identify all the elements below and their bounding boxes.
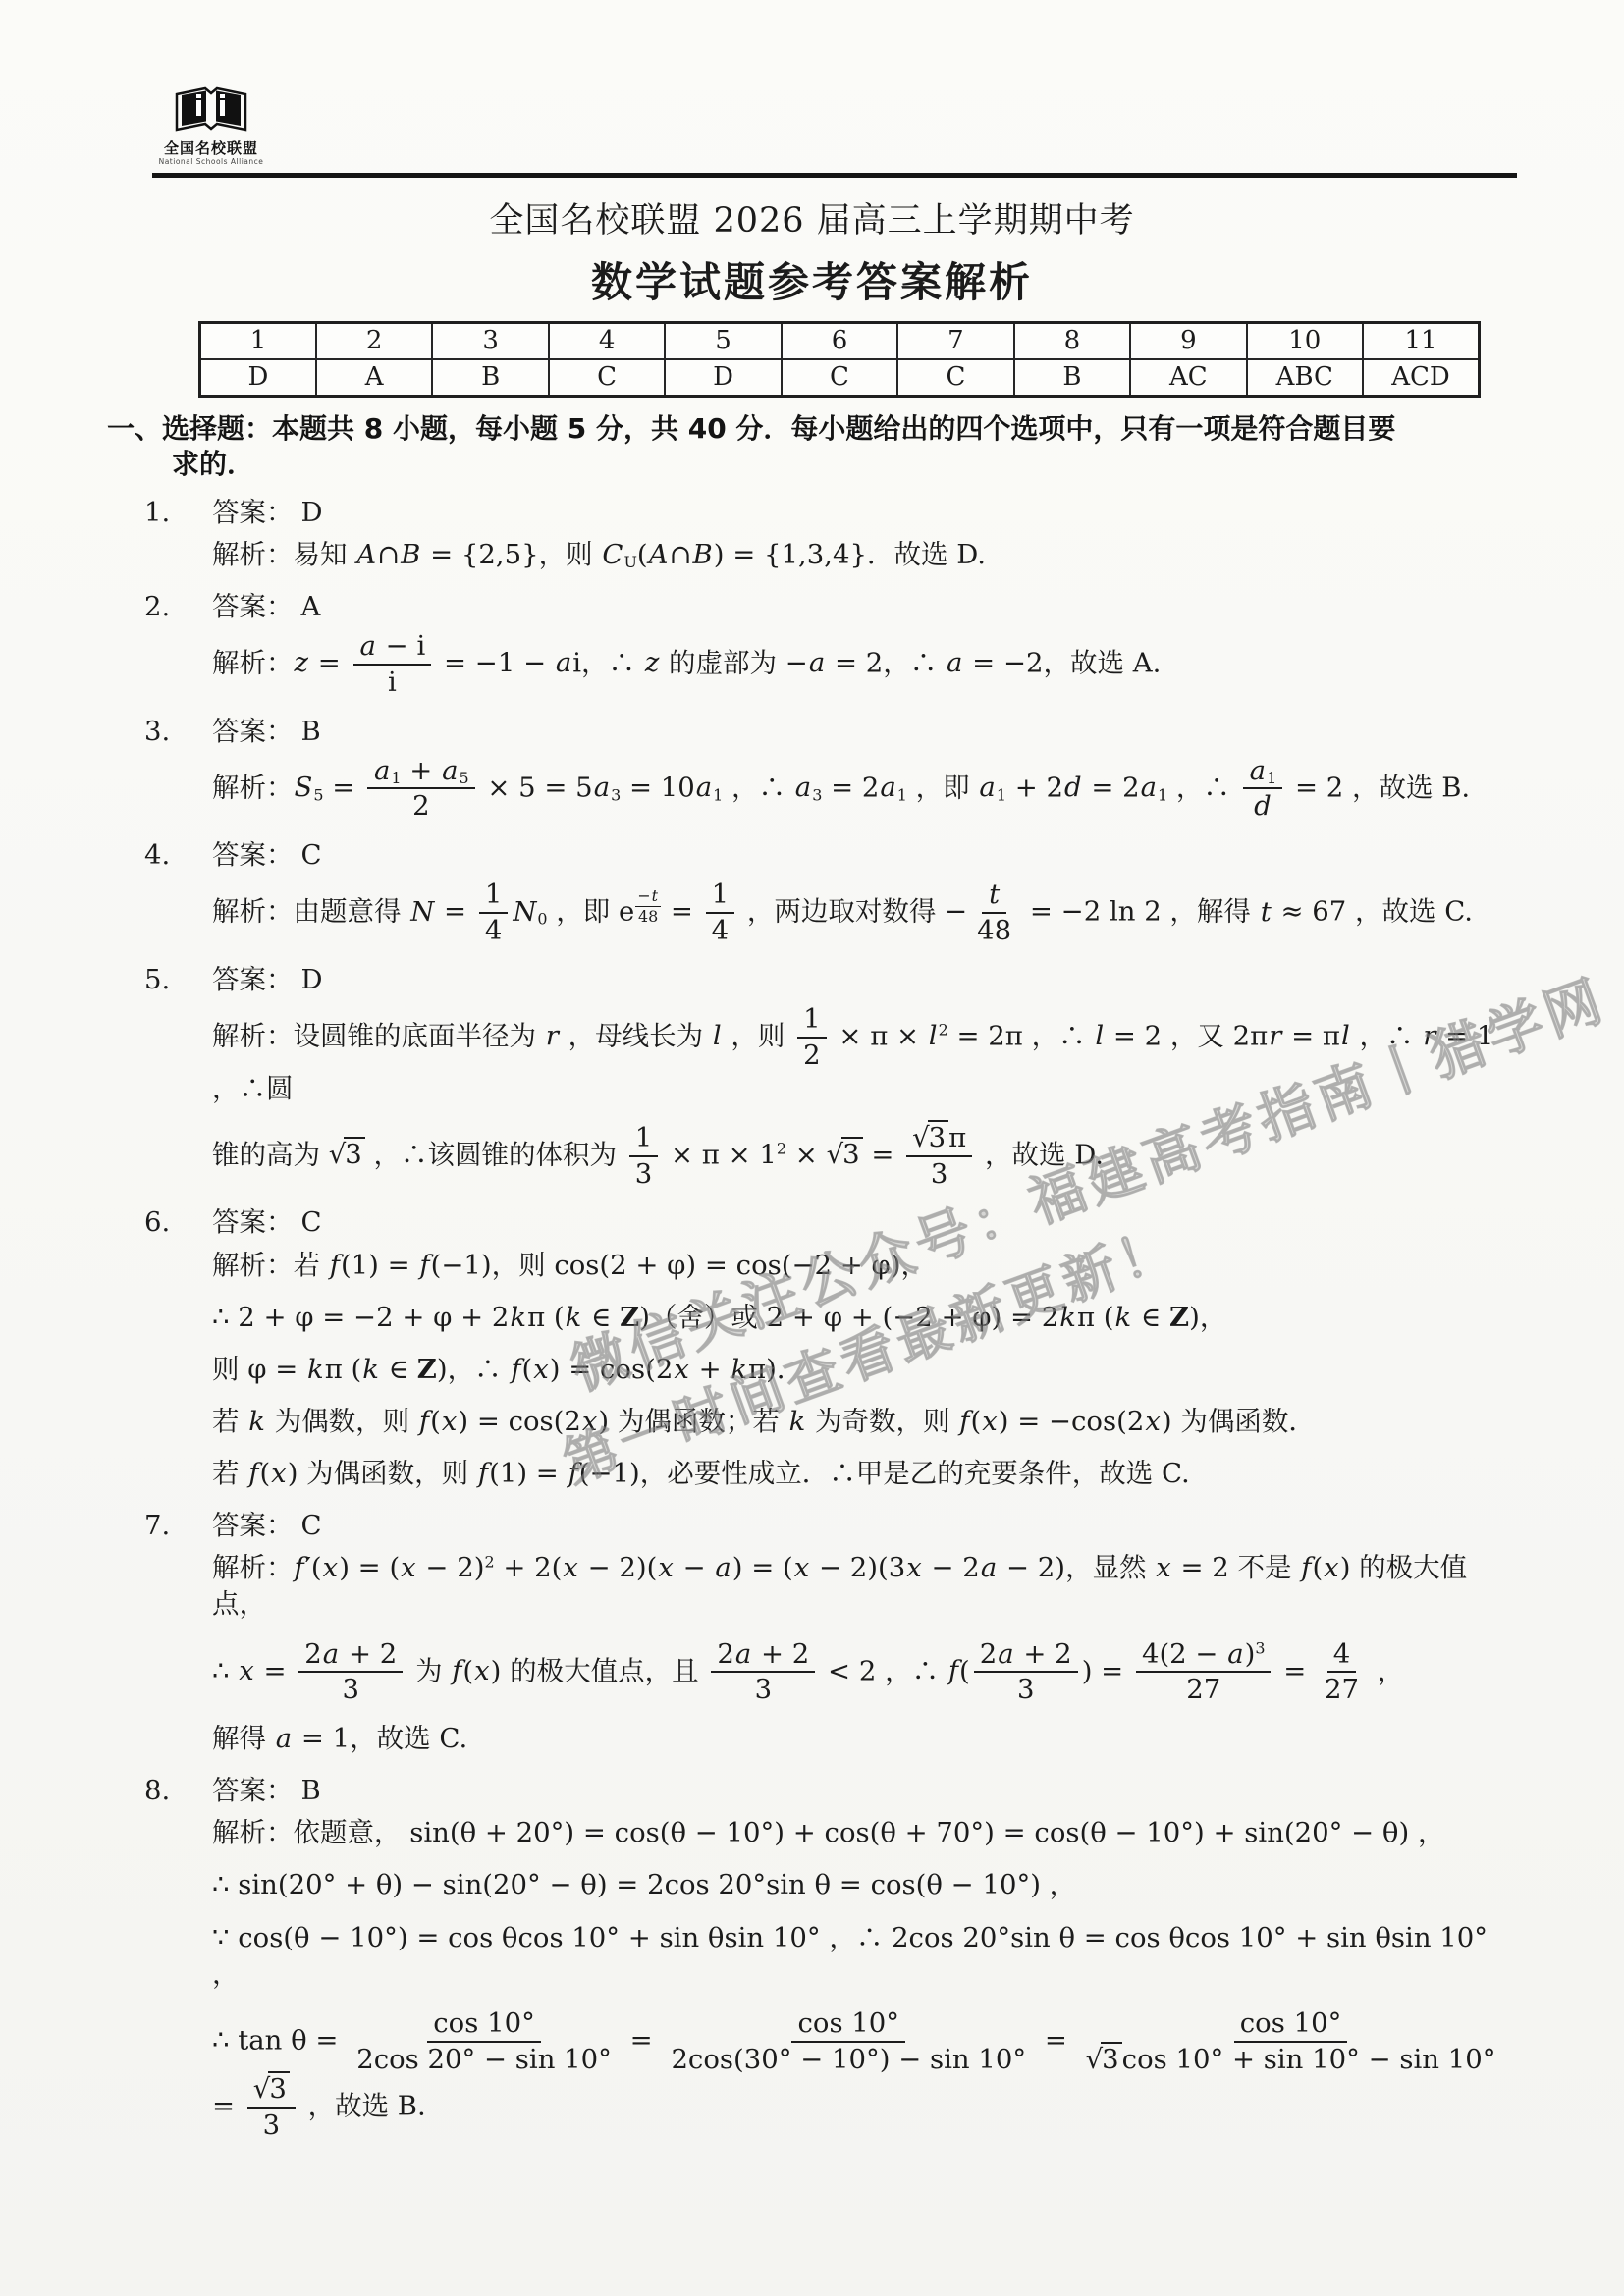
fraction-numerator: cos 10° xyxy=(791,2008,905,2043)
fraction-denominator: 3 xyxy=(925,1157,954,1190)
question: 5.答案：D解析：设圆锥的底面半径为 r ，母线长为 l ，则 12 × π ×… xyxy=(107,962,1517,1189)
math-variable: t xyxy=(1260,896,1272,928)
math-variable: a xyxy=(879,772,896,803)
math-variable: N xyxy=(512,896,537,928)
fraction-denominator: 27 xyxy=(1319,1673,1365,1705)
math-variable: f xyxy=(418,1250,430,1281)
answer-line: 2.答案：A xyxy=(107,589,1517,625)
logo-subtitle: National Schools Alliance xyxy=(152,158,270,166)
fraction-numerator: −t xyxy=(635,887,661,907)
fraction: √3π3 xyxy=(906,1123,972,1190)
radicand: 3 xyxy=(928,1120,949,1153)
fraction-denominator: 3 xyxy=(337,1673,366,1705)
math-variable: l xyxy=(1340,1020,1351,1051)
superscript: 2 xyxy=(484,1553,494,1572)
radical-sign: √ xyxy=(1086,2044,1102,2075)
fraction-numerator: 1 xyxy=(797,1004,827,1039)
section-heading-line: 求的． xyxy=(107,447,1517,482)
answer-value: C xyxy=(294,1510,322,1541)
fraction-denominator: 4 xyxy=(479,914,509,946)
question-number: 3. xyxy=(107,714,212,750)
question: 1.答案：D解析：易知 A∩B = {2,5}，则 CU(A∩B) = {1,3… xyxy=(107,495,1517,573)
subscript: 3 xyxy=(812,785,822,804)
fraction-denominator: 48 xyxy=(971,914,1017,946)
math-variable: k xyxy=(306,1354,325,1385)
solution-line: 解析：S5 = a1 + a52 × 5 = 5a3 = 10a1 ，∴ a3 … xyxy=(107,756,1517,823)
fraction-denominator: 2 xyxy=(797,1039,827,1071)
fraction-numerator: cos 10° xyxy=(427,2008,541,2043)
answer-number-cell: 2 xyxy=(316,322,432,359)
math-variable: a xyxy=(980,1552,998,1583)
math-variable: a xyxy=(794,772,812,803)
math-variable: x xyxy=(270,1458,288,1489)
square-root: √3 xyxy=(912,1123,948,1153)
fraction-numerator: 2a + 2 xyxy=(298,1639,403,1674)
fraction: cos 10°2cos 20° − sin 10° xyxy=(351,2008,618,2075)
fraction: a1d xyxy=(1243,756,1283,823)
solution-line: ∵ cos(θ − 10°) = cos θcos 10° + sin θsin… xyxy=(107,1920,1517,1993)
answer-label: 答案： xyxy=(212,1206,294,1238)
fraction-denominator: 3 xyxy=(629,1157,659,1190)
math-variable: a xyxy=(978,772,996,803)
fraction: cos 10°√3cos 10° + sin 10° − sin 10° xyxy=(1080,2008,1502,2075)
radical-sign: √ xyxy=(329,1139,345,1170)
answer-number-cell: 9 xyxy=(1130,322,1246,359)
math-variable: l xyxy=(928,1020,939,1051)
math-variable: d xyxy=(1063,772,1083,803)
question-number: 8. xyxy=(107,1773,212,1809)
math-variable: t xyxy=(988,879,1001,910)
answer-number-cell: 6 xyxy=(782,322,897,359)
answer-line: 8.答案：B xyxy=(107,1773,1517,1809)
subscript: 1 xyxy=(391,769,401,787)
answer-number-cell: 8 xyxy=(1014,322,1130,359)
solution-line: ∴ sin(20° + θ) − sin(20° − θ) = 2cos 20°… xyxy=(107,1867,1517,1903)
fraction-denominator: 2cos 20° − sin 10° xyxy=(351,2043,618,2075)
math-variable: x xyxy=(581,1406,599,1437)
answer-label: 答案： xyxy=(212,964,294,995)
answer-label: 答案： xyxy=(212,716,294,747)
question: 8.答案：B解析：依题意， sin(θ + 20°) = cos(θ − 10°… xyxy=(107,1773,1517,2141)
math-variable: f xyxy=(958,1406,970,1437)
math-variable: a xyxy=(946,647,963,678)
answer-line: 4.答案：C xyxy=(107,837,1517,874)
radicand: 3 xyxy=(1101,2042,1122,2075)
answer-cell: ACD xyxy=(1363,359,1479,397)
radicand: 3 xyxy=(268,2071,290,2105)
math-variable: S xyxy=(294,772,314,803)
fraction-numerator: a1 + a5 xyxy=(367,756,475,790)
answer-value: C xyxy=(294,1206,322,1238)
answer-line: 5.答案：D xyxy=(107,962,1517,998)
math-variable: l xyxy=(1094,1020,1105,1051)
answer-line: 1.答案：D xyxy=(107,495,1517,531)
fraction: a − ii xyxy=(353,631,432,698)
math-variable: a xyxy=(441,755,459,786)
math-variable: a xyxy=(359,630,377,662)
fraction: 2a + 23 xyxy=(974,1639,1078,1706)
solution-line: 解析：由题意得 N = 14N0 ，即 e−t48 = 14 ，两边取对数得 −… xyxy=(107,880,1517,946)
question-number: 5. xyxy=(107,962,212,998)
solution-line: 解析：设圆锥的底面半径为 r ，母线长为 l ，则 12 × π × l2 = … xyxy=(107,1004,1517,1107)
fraction-numerator: 1 xyxy=(706,880,735,914)
subscript: 5 xyxy=(460,769,469,787)
math-variable: k xyxy=(1058,1302,1077,1333)
math-variable: x xyxy=(905,1552,923,1583)
square-root: √3 xyxy=(1086,2045,1122,2075)
math-variable: k xyxy=(509,1302,527,1333)
answer-number-cell: 1 xyxy=(200,322,316,359)
fraction-numerator: a − i xyxy=(353,631,432,666)
answer-cell: C xyxy=(897,359,1013,397)
math-variable: f xyxy=(568,1458,579,1489)
answer-cell: AC xyxy=(1130,359,1246,397)
square-root: √3 xyxy=(827,1137,863,1173)
fraction-denominator: 4 xyxy=(706,914,735,946)
answer-label: 答案： xyxy=(212,497,294,528)
fraction-denominator: 3 xyxy=(1011,1673,1041,1705)
answer-value: C xyxy=(294,839,322,871)
answer-number-cell: 7 xyxy=(897,322,1013,359)
math-variable: x xyxy=(793,1552,811,1583)
answer-cell: ABC xyxy=(1247,359,1363,397)
radicand: 3 xyxy=(841,1137,863,1170)
fraction: −t48 xyxy=(635,887,661,926)
fraction: t48 xyxy=(971,880,1017,946)
answer-number-cell: 4 xyxy=(549,322,665,359)
solution-line: 解析：易知 A∩B = {2,5}，则 CU(A∩B) = {1,3,4}．故选… xyxy=(107,537,1517,573)
answer-letter-row: DABCDCCBACABCACD xyxy=(200,359,1480,397)
subscript: 5 xyxy=(313,785,323,804)
math-variable: x xyxy=(1144,1406,1162,1437)
math-variable: x xyxy=(473,1655,491,1686)
math-variable: k xyxy=(730,1354,748,1385)
subscript: 3 xyxy=(611,785,621,804)
fraction: cos 10°2cos(30° − 10°) − sin 10° xyxy=(665,2008,1032,2075)
section-heading: 一、选择题：本题共 8 小题，每小题 5 分，共 40 分．每小题给出的四个选项… xyxy=(107,411,1517,483)
question-number: 2. xyxy=(107,589,212,625)
question-number: 1. xyxy=(107,495,212,531)
math-variable: a xyxy=(275,1723,293,1754)
solution-line: ∴ x = 2a + 23 为 f(x) 的极大值点，且 2a + 23 < 2… xyxy=(107,1639,1517,1706)
math-variable: N xyxy=(409,896,435,928)
fraction-denominator: d xyxy=(1247,789,1278,822)
fraction-numerator: 2a + 2 xyxy=(711,1639,815,1674)
math-variable: x xyxy=(673,1354,690,1385)
fraction: 2a + 23 xyxy=(298,1639,403,1706)
math-variable: A xyxy=(648,539,670,570)
math-variable: k xyxy=(788,1406,807,1437)
header-rule xyxy=(152,173,1517,178)
answer-label: 答案： xyxy=(212,1775,294,1806)
question-list: 1.答案：D解析：易知 A∩B = {2,5}，则 CU(A∩B) = {1,3… xyxy=(107,495,1517,2142)
fraction: 14 xyxy=(479,880,509,946)
bold-symbol: Z xyxy=(417,1354,437,1385)
solution-line: 则 φ = kπ (k ∈ Z)，∴ f(x) = cos(2x + kπ)． xyxy=(107,1352,1517,1388)
bold-symbol: Z xyxy=(1169,1302,1189,1333)
math-variable: a xyxy=(1140,772,1158,803)
math-variable: a xyxy=(593,772,611,803)
fraction: 4(2 − a)327 xyxy=(1136,1639,1272,1706)
answer-value: B xyxy=(294,716,321,747)
radicand: 3 xyxy=(344,1137,365,1170)
math-variable: f xyxy=(510,1354,521,1385)
fraction-numerator: t xyxy=(982,880,1006,914)
math-variable: x xyxy=(322,1552,340,1583)
answer-label: 答案： xyxy=(212,839,294,871)
question: 6.答案：C解析：若 f(1) = f(−1)，则 cos(2 + φ) = c… xyxy=(107,1204,1517,1492)
math-variable: B xyxy=(400,539,421,570)
math-variable: f xyxy=(329,1250,341,1281)
math-variable: a xyxy=(714,1552,731,1583)
answer-value: D xyxy=(294,964,323,995)
fraction-numerator: √3π xyxy=(906,1123,972,1157)
fraction-numerator: cos 10° xyxy=(1234,2008,1348,2043)
answer-cell: B xyxy=(1014,359,1130,397)
question-number: 6. xyxy=(107,1204,212,1241)
math-variable: t xyxy=(651,886,659,905)
square-root: √3 xyxy=(253,2074,290,2105)
superscript: 2 xyxy=(939,1021,948,1040)
question-number: 4. xyxy=(107,837,212,874)
math-variable: a xyxy=(695,772,713,803)
fraction-denominator: 2cos(30° − 10°) − sin 10° xyxy=(665,2043,1032,2075)
math-variable: a xyxy=(1226,1638,1244,1670)
fraction-numerator: 4(2 − a)3 xyxy=(1136,1639,1272,1674)
math-variable: a xyxy=(322,1638,340,1670)
fraction-denominator: 3 xyxy=(749,1673,779,1705)
answer-line: 6.答案：C xyxy=(107,1204,1517,1241)
answer-cell: D xyxy=(665,359,781,397)
answer-cell: C xyxy=(549,359,665,397)
page-subtitle: 数学试题参考答案解析 xyxy=(107,250,1517,309)
answer-number-row: 1234567891011 xyxy=(200,322,1480,359)
subscript: 1 xyxy=(997,785,1006,804)
math-variable: x xyxy=(532,1354,550,1385)
math-variable: f xyxy=(451,1655,462,1686)
answer-value: D xyxy=(294,497,323,528)
superscript: −t48 xyxy=(634,896,662,915)
math-variable: k xyxy=(1114,1302,1133,1333)
answer-table: 1234567891011 DABCDCCBACABCACD xyxy=(198,321,1481,398)
fraction: 427 xyxy=(1319,1639,1365,1706)
solution-line: 若 k 为偶数，则 f(x) = cos(2x) 为偶函数；若 k 为奇数，则 … xyxy=(107,1404,1517,1440)
bold-symbol: Z xyxy=(620,1302,639,1333)
math-variable: a xyxy=(808,647,826,678)
math-variable: f xyxy=(947,1655,959,1686)
question: 7.答案：C解析：f′(x) = (x − 2)2 + 2(x − 2)(x −… xyxy=(107,1508,1517,1757)
math-variable: f xyxy=(418,1406,430,1437)
answer-cell: C xyxy=(782,359,897,397)
fraction: 12 xyxy=(797,1004,827,1071)
math-variable: r xyxy=(1268,1020,1282,1051)
question: 2.答案：A解析：z = a − ii = −1 − ai，∴ z 的虚部为 −… xyxy=(107,589,1517,698)
fraction-denominator: 2 xyxy=(406,789,436,822)
document-content: 全国名校联盟 National Schools Alliance 全国名校联盟 … xyxy=(0,0,1624,2141)
radical-sign: √ xyxy=(253,2073,269,2105)
solution-line: ∴ tan θ = cos 10°2cos 20° − sin 10° = co… xyxy=(107,2008,1517,2141)
fraction-numerator: 1 xyxy=(479,880,509,914)
math-variable: k xyxy=(565,1302,583,1333)
math-variable: x xyxy=(238,1655,255,1686)
radical-sign: √ xyxy=(912,1122,928,1153)
fraction-denominator: 27 xyxy=(1180,1673,1226,1705)
answer-cell: A xyxy=(316,359,432,397)
solution-line: 锥的高为 √3 ，∴该圆锥的体积为 13 × π × 12 × √3 = √3π… xyxy=(107,1123,1517,1190)
solution-line: 解析：若 f(1) = f(−1)，则 cos(2 + φ) = cos(−2 … xyxy=(107,1248,1517,1284)
fraction-denominator: 48 xyxy=(636,907,660,926)
answer-line: 7.答案：C xyxy=(107,1508,1517,1544)
math-variable: r xyxy=(545,1020,560,1051)
answer-cell: B xyxy=(432,359,548,397)
fraction: a1 + a52 xyxy=(367,756,475,823)
subscript: 0 xyxy=(537,910,547,929)
fraction-numerator: a1 xyxy=(1243,756,1283,790)
math-variable: r xyxy=(1422,1020,1436,1051)
math-variable: d xyxy=(1253,790,1272,822)
math-variable: l xyxy=(712,1020,723,1051)
math-variable: a xyxy=(1249,755,1267,786)
subscript: 1 xyxy=(1158,785,1167,804)
math-variable: a xyxy=(997,1638,1014,1670)
answer-number-cell: 10 xyxy=(1247,322,1363,359)
solution-line: ∴ 2 + φ = −2 + φ + 2kπ (k ∈ Z)（舍）或 2 + φ… xyxy=(107,1300,1517,1336)
fraction-denominator: i xyxy=(382,666,403,698)
answer-label: 答案： xyxy=(212,1510,294,1541)
math-variable: f xyxy=(294,1552,305,1583)
math-variable: x xyxy=(400,1552,417,1583)
math-variable: z xyxy=(294,647,310,678)
fraction-numerator: 4 xyxy=(1327,1639,1357,1674)
math-variable: k xyxy=(247,1406,266,1437)
solution-line: 解析：依题意， sin(θ + 20°) = cos(θ − 10°) + co… xyxy=(107,1815,1517,1851)
book-icon xyxy=(173,84,249,137)
math-variable: z xyxy=(644,647,661,678)
fraction: 2a + 23 xyxy=(711,1639,815,1706)
question: 4.答案：C解析：由题意得 N = 14N0 ，即 e−t48 = 14 ，两边… xyxy=(107,837,1517,946)
math-variable: a xyxy=(734,1638,752,1670)
section-heading-line: 一、选择题：本题共 8 小题，每小题 5 分，共 40 分．每小题给出的四个选项… xyxy=(107,411,1517,447)
subscript: U xyxy=(623,553,636,571)
question: 3.答案：B解析：S5 = a1 + a52 × 5 = 5a3 = 10a1 … xyxy=(107,714,1517,823)
answer-value: B xyxy=(294,1775,321,1806)
subscript: 1 xyxy=(897,785,907,804)
math-variable: x xyxy=(1155,1552,1172,1583)
math-variable: f xyxy=(247,1458,259,1489)
solution-line: 若 f(x) 为偶函数，则 f(1) = f(−1)，必要性成立．∴甲是乙的充要… xyxy=(107,1456,1517,1492)
page: 全国名校联盟 National Schools Alliance 全国名校联盟 … xyxy=(0,0,1624,2296)
math-variable: x xyxy=(981,1406,999,1437)
fraction-numerator: √3 xyxy=(247,2074,296,2109)
answer-number-cell: 3 xyxy=(432,322,548,359)
logo: 全国名校联盟 National Schools Alliance xyxy=(152,84,270,166)
math-variable: x xyxy=(1323,1552,1340,1583)
fraction-numerator: 2a + 2 xyxy=(974,1639,1078,1674)
answer-line: 3.答案：B xyxy=(107,714,1517,750)
math-variable: B xyxy=(692,539,714,570)
answer-label: 答案： xyxy=(212,591,294,622)
math-variable: x xyxy=(562,1552,579,1583)
math-variable: a xyxy=(555,647,572,678)
fraction: √33 xyxy=(247,2074,296,2141)
math-variable: k xyxy=(361,1354,380,1385)
header: 全国名校联盟 National Schools Alliance 全国名校联盟 … xyxy=(107,84,1517,309)
fraction-denominator: √3cos 10° + sin 10° − sin 10° xyxy=(1080,2043,1502,2075)
square-root: √3 xyxy=(329,1137,365,1173)
superscript: 3 xyxy=(1255,1638,1265,1657)
math-variable: f xyxy=(1300,1552,1312,1583)
math-variable: C xyxy=(601,539,623,570)
question-number: 7. xyxy=(107,1508,212,1544)
math-variable: x xyxy=(657,1552,675,1583)
radical-sign: √ xyxy=(827,1139,842,1170)
solution-line: 解析：z = a − ii = −1 − ai，∴ z 的虚部为 −a = 2，… xyxy=(107,631,1517,698)
answer-number-cell: 11 xyxy=(1363,322,1479,359)
math-variable: x xyxy=(441,1406,459,1437)
solution-line: 解析：f′(x) = (x − 2)2 + 2(x − 2)(x − a) = … xyxy=(107,1550,1517,1623)
math-variable: a xyxy=(373,755,391,786)
answer-value: A xyxy=(294,591,321,622)
subscript: 1 xyxy=(1267,769,1276,787)
logo-title: 全国名校联盟 xyxy=(152,140,270,157)
page-title: 全国名校联盟 2026 届高三上学期期中考 xyxy=(107,193,1517,242)
solution-line: 解得 a = 1，故选 C. xyxy=(107,1721,1517,1757)
subscript: 1 xyxy=(713,785,723,804)
math-variable: f xyxy=(477,1458,489,1489)
fraction: 13 xyxy=(629,1123,659,1190)
answer-cell: D xyxy=(200,359,316,397)
superscript: 2 xyxy=(777,1140,786,1158)
fraction-numerator: 1 xyxy=(629,1123,659,1157)
fraction-denominator: 3 xyxy=(257,2109,287,2141)
answer-number-cell: 5 xyxy=(665,322,781,359)
math-variable: A xyxy=(355,539,377,570)
fraction: 14 xyxy=(706,880,735,946)
